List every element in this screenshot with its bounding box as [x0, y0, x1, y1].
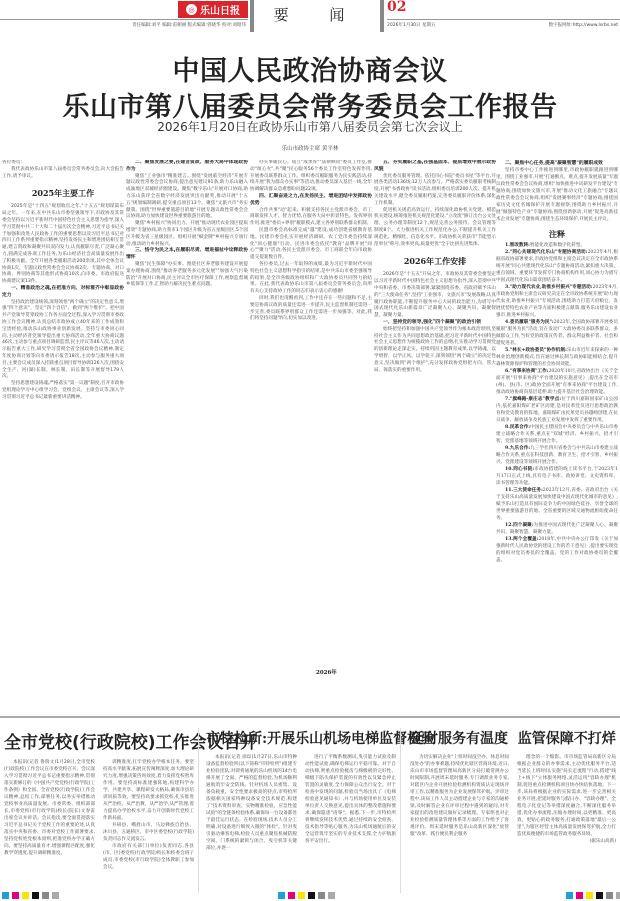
paragraph: 聚焦"乡村振兴"协同出力。开展"推动现代农业园区提质增效"专题协商,助力我市1个… — [126, 221, 248, 248]
swatch-gray — [606, 892, 613, 899]
masthead-rule — [0, 19, 248, 20]
swatch-yellow — [298, 892, 305, 899]
article-paragraph: 本报讯(记者 徐琮)1月27日,乐山市特种设备监督检验所(以下简称"市特检所")… — [206, 754, 297, 852]
swatch-black — [308, 892, 315, 899]
article-column: 本报讯(记者 徐琮)1月27日,乐山市特种设备监督检验所(以下简称"市特检所")… — [206, 754, 297, 852]
article-paragraph: 本报讯(记者 鲁瑞文)1月28日,全市党校(行政院校)工作会议在市委党校召开。会… — [4, 759, 95, 857]
editor-credits: 责任编辑:刘平 编辑:雷朝丽 版式编辑:曾晓华 校对:刘昭伟 — [132, 22, 246, 28]
page-number: 02 — [387, 0, 406, 15]
page-masthead: ◎ 乐山日报 责任编辑:刘平 编辑:雷朝丽 版式编辑:曾晓华 校对:刘昭伟 要 … — [0, 0, 620, 32]
article-paragraph: 市政府有关部门(单位)负责同志,各县(市、区)委党校(行政学院)校长和校委会班子… — [103, 843, 194, 871]
section-date-sign: 2026年 — [316, 668, 337, 676]
masthead-left: ◎ 乐山日报 责任编辑:刘平 编辑:雷朝丽 版式编辑:曾晓华 校对:刘昭伟 — [0, 0, 248, 32]
section-heading-2025: 2025年主要工作 — [2, 186, 124, 200]
article-title[interactable]: 全市党校(行政院校)工作会议召开 — [4, 728, 194, 753]
note-term: 6."有事来协商"工作: — [505, 369, 548, 374]
swatch-magenta — [288, 892, 295, 899]
note-term: 9.九乐合作: — [505, 446, 530, 451]
note-term: 13.两个全覆盖: — [505, 537, 538, 542]
note-term: 3."助力现代农业,助推乡村振兴"专题活动: — [505, 285, 593, 290]
article-column: 进行了平衡系数测试,曳引能力试验及制动性能试验,确保电梯运行平稳可靠。对于自动扶… — [305, 754, 396, 852]
note-item: 11.三大使命任务:2023年12月,省委、省政府出台《关于支持乐山高质量发展加… — [496, 487, 618, 522]
swatch-gray — [42, 892, 49, 899]
paragraph: 聚焦"工业强市"精准建言。围绕"发展临空经济"开展专题议政性常委会会议协商,提出… — [126, 174, 248, 222]
paragraph: 同时,我们也清醒看到,工作中还存在一些问题和不足,主要是协商议政的质量还需进一步… — [250, 296, 372, 323]
paragraph: 民盟市委会高标准完成"越"建设,成功创建省级教育基地。民建市委会扎实开展经济调研… — [250, 228, 372, 262]
digital-edition-url[interactable]: 数字报网址:http://www.lsrbs.net — [549, 22, 618, 28]
note-item: 13.两个全覆盖:2018年,中共中央办公厅印发《关于加强新时代人民政协党的建设… — [496, 536, 618, 564]
report-column-4: 五、夯实履职之基,在强基固本、提质增效中展示政协风貌 优化委员服务管理。依托同心… — [374, 160, 496, 715]
subheading-4: 四、汇聚奋进之力,在发扬民主、增进团结中发挥政协优势 — [250, 194, 372, 208]
note-item: 10.同心书院:市政协搭建的线上读书平台,于2023年1月17日正式上线,具有电… — [496, 466, 618, 487]
article-title-part-a: 延时服务有温度 — [410, 731, 508, 747]
note-term: 7."旗峰路·康庄志"教学点: — [505, 397, 561, 402]
paragraph: 优化委员服务管理。依托同心书院"委员书屋"等平台,开展各类活动136场,12万人… — [374, 174, 496, 208]
swatch-gray — [318, 892, 325, 899]
swatch-magenta — [576, 892, 583, 899]
column-rule — [198, 728, 199, 893]
paragraph: 2026年是"十五五"开局之年。市政协及其常委会要坚定以习近平新时代中国特色社会… — [374, 272, 496, 320]
newspaper-logo[interactable]: ◎ 乐山日报 — [178, 1, 248, 18]
swatch-yellow — [586, 892, 593, 899]
subheading-2: 二、聚焦发展之要,在建言资政、服务大局中体现政协作为 — [126, 160, 248, 174]
article-column: 理念的一个缩影。市市场监管局高新区分局根据企业群众的办事需求,主动优化服务平台,… — [517, 754, 616, 845]
swatch-cyan — [2, 892, 9, 899]
note-term: 10.同心书院: — [505, 467, 534, 472]
note-term: 11.三大使命任务: — [505, 488, 543, 493]
article-party-school-meeting[interactable]: 全市党校(行政院校)工作会议召开 本报讯(记者 鲁瑞文)1月28日,全市党校(行… — [4, 728, 194, 901]
article-paragraph: 训精准度,扛牢党校办学根本任务。要坚持高水平献策,拓展宣传阐释深度,加大理论研究… — [103, 759, 194, 822]
paragraph: 合作共事"动"起来。积极支持各民主党派市委会、市工商联发挥人才、智力优势,在服务… — [250, 208, 372, 228]
note-item: 3."助力现代农业,助推乡村振兴"专题活动:2023年4月,市政协党组和主席会议… — [496, 284, 618, 319]
intro-paragraph: 我代表政协乐山市第八届委员会常务委员会,向大会报告工作,请予审议。 — [2, 167, 124, 181]
paragraph: 坚持政治建设统领,深刻领悟"两个确立"的决定性意义,增强"四个意识"、坚定"四个… — [2, 300, 124, 382]
swatch-cyan — [278, 892, 285, 899]
masthead-right-rule — [387, 19, 620, 20]
note-item: 12.四个凝聚:为推进中国式现代化广泛凝聚人心、凝聚共识、凝聚智慧、凝聚力量。 — [496, 522, 618, 536]
report-column-3: 办实事暖民心。成立"成果库""法律顾问"委员工作室,推动"烦心火",共"聚"民心… — [250, 160, 372, 715]
paragraph: 始终把坚持和加强中国共产党领导作为根本政治原则,坚持社会主义作为共同思想政治基础… — [374, 327, 496, 375]
print-swatches-left — [2, 892, 59, 899]
report-column-1: 各位委员: 我代表政协乐山市第八届委员会常务委员会,向大会报告工作,请予审议。 … — [2, 160, 124, 715]
article-paragraph: 进行了平衡系数测试,曳引能力试验及制动性能试验,确保电梯运行平稳可靠。对于自动扶… — [305, 754, 396, 845]
note-item: 5."林长+政协委员"协作机制:乐山市近年来探索的一种林业治理创新模式,旨在通过… — [496, 347, 618, 368]
article-extended-service[interactable]: 延时服务有温度 监管保障不打烊 为切实解决企业"上班时间没空办、休息时间没处办"… — [410, 728, 616, 901]
paragraph: 2025年是"十四五"规划收官之年,"十五五"规划谋篇布局之年。一年来,在中共乐… — [2, 204, 124, 286]
headline-line-1: 中国人民政治协商会议 — [0, 54, 620, 90]
print-swatches-center — [278, 892, 335, 899]
subheading-5: 五、夯实履职之基,在强基固本、提质增效中展示政协风貌 — [374, 160, 496, 174]
logo-text: 乐山日报 — [200, 2, 240, 17]
swatch-light-gray — [616, 892, 620, 899]
section-heading-2026: 2026年工作安排 — [374, 254, 496, 268]
note-item: 4.委员履职"服务为民":2023年,全国政协部署开展委员履职"服务为民"活动,… — [496, 319, 618, 347]
swatch-cyan — [566, 892, 573, 899]
paragraph: 坚持市委中心工作推进到哪里,市政协履职就跟进到哪里。围绕工业强市,开展"打通断点… — [496, 167, 618, 223]
print-swatches-right — [566, 892, 620, 899]
article-paragraph: 井研县、峨眉山市、马边彝族自治县、沐川县、五通桥区、市中区委党校(行政学院)负责… — [103, 822, 194, 843]
article-paragraph: 理念的一个缩影。市市场监管局高新区分局根据企业群众的办事需求,主动优化服务平台,… — [517, 754, 616, 838]
swatch-black — [596, 892, 603, 899]
subheading-1: 一、精准政治之魂,在把准方向、对标看齐中彰显政协定力 — [2, 286, 124, 300]
subheading-7: 二、聚焦中心任务,提高"凝聚智慧"的履职成效 — [496, 160, 618, 167]
report-column-2: 二、聚焦发展之要,在建言资政、服务大局中体现政协作为 聚焦"工业强市"精准建言。… — [126, 160, 248, 715]
article-paragraph: 为切实解决企业"上班时间没空办、休息时间没处办"的办事难题,持续优化辖区营商环境… — [410, 754, 509, 838]
report-byline: 乐山市政协主席 黄平林 — [0, 144, 620, 152]
swatch-light-gray — [52, 892, 59, 899]
swatch-black — [32, 892, 39, 899]
swatch-yellow — [22, 892, 29, 899]
swatch-magenta — [12, 892, 19, 899]
article-title[interactable]: 市特检所:开展乐山机场电梯监督检验 — [206, 728, 396, 748]
subheading-3: 三、恪守为民之本,在履职尽责、增进福祉中诠释政协情怀 — [126, 248, 248, 262]
paragraph: 办实事暖民心。成立"成果库""法律顾问"委员工作室,推动"烦心火",共"聚"民心… — [250, 160, 372, 194]
swatch-light-gray — [328, 892, 335, 899]
section-divider — [0, 716, 620, 718]
note-text: 智能化改造和数字化转型。 — [530, 243, 585, 248]
column-rule — [400, 728, 401, 893]
article-airport-elevator-inspection[interactable]: 市特检所:开展乐山机场电梯监督检验 本报讯(记者 徐琮)1月27日,乐山市特种设… — [206, 728, 396, 901]
article-source: (据乐山高新) — [517, 838, 616, 845]
paragraph: 各位委员,过去一年取得的成绩,最为习近平新时代中国特色社会主义思想科学指引的结果… — [250, 262, 372, 296]
note-item: 9.九乐合作:九三学社四川省委会与中共乐山市委建立战略合作关系,重点在科技创新、… — [496, 445, 618, 466]
note-term: 12.四个凝聚: — [505, 523, 534, 528]
note-item: 6."有事来协商"工作:2020年10月,省政协出台《关于全面开展"有事来协商"… — [496, 368, 618, 396]
article-column: 为切实解决企业"上班时间没空办、休息时间没处办"的办事难题,持续优化辖区营商环境… — [410, 754, 509, 845]
report-headline: 中国人民政治协商会议 乐山市第八届委员会常务委员会工作报告 — [0, 54, 620, 126]
article-column: 本报讯(记者 鲁瑞文)1月28日,全市党校(行政院校)工作会议在市委党校召开。会… — [4, 759, 95, 871]
note-item: 7."旗峰路·康庄志"教学点:位于四川嘉阳国家矿山公园内,依托嘉阳煤矿老矿区而建… — [496, 396, 618, 424]
note-term: 8.民革合作: — [505, 425, 530, 430]
paragraph: 坚持思想建设铸魂,严格落实"第一议题"制度,召开市政协党组理论学习中心组学习会、… — [2, 381, 124, 401]
note-term: 2."同心共建现代化乐山"专题协商活动: — [505, 250, 587, 255]
salutation: 各位委员: — [2, 160, 124, 167]
paragraph: 促进机关规范高效运行。持续深化政协机关党建、模范机关建设,统筹推进机关规范化建设… — [374, 208, 496, 249]
note-term: 5."林长+政协委员"协作机制: — [505, 348, 567, 353]
report-subtitle: 2026年1月20日在政协乐山市第八届委员会第七次会议上 — [0, 118, 620, 135]
bottom-articles: 全市党校(行政院校)工作会议召开 本报讯(记者 鲁瑞文)1月28日,全市党校(行… — [0, 728, 620, 901]
logo-emblem-icon: ◎ — [186, 4, 197, 15]
article-column: 训精准度,扛牢党校办学根本任务。要坚持高水平献策,拓展宣传阐释深度,加大理论研究… — [103, 759, 194, 871]
note-item: 8.民革合作:中国民主建国会中央委员会与中共乐山市委建立战略合作关系,重点在"双… — [496, 424, 618, 445]
notes-title: 注释 — [496, 231, 618, 238]
paragraph: 聚焦"民生保障"办实事。围绕社区养老服务建设开展提案办理协商,围绕"推动养老服务… — [126, 262, 248, 289]
section-name: 要 闻 — [253, 4, 383, 25]
subheading-6: 一、坚持党的领导,强化"四个凝聚"的政治引领 — [374, 320, 496, 327]
issue-date: 2026年1月30日 星期五 — [387, 22, 435, 28]
note-term: 4.委员履职"服务为民": — [505, 320, 554, 325]
note-item: 1.智改数转:智能化改造和数字化转型。 — [496, 242, 618, 249]
masthead-divider-right — [380, 0, 384, 32]
article-title-part-b: 监管保障不打烊 — [518, 731, 616, 747]
article-title[interactable]: 延时服务有温度 监管保障不打烊 — [410, 728, 616, 748]
report-column-5-notes: 二、聚焦中心任务,提高"凝聚智慧"的履职成效 坚持市委中心工作推进到哪里,市政协… — [496, 160, 618, 715]
report-body: 各位委员: 我代表政协乐山市第八届委员会常务委员会,向大会报告工作,请予审议。 … — [0, 160, 620, 715]
note-term: 1.智改数转: — [505, 243, 530, 248]
note-item: 2."同心共建现代化乐山"专题协商活动:2023年4月,根据省政协部署要求,市政… — [496, 249, 618, 284]
